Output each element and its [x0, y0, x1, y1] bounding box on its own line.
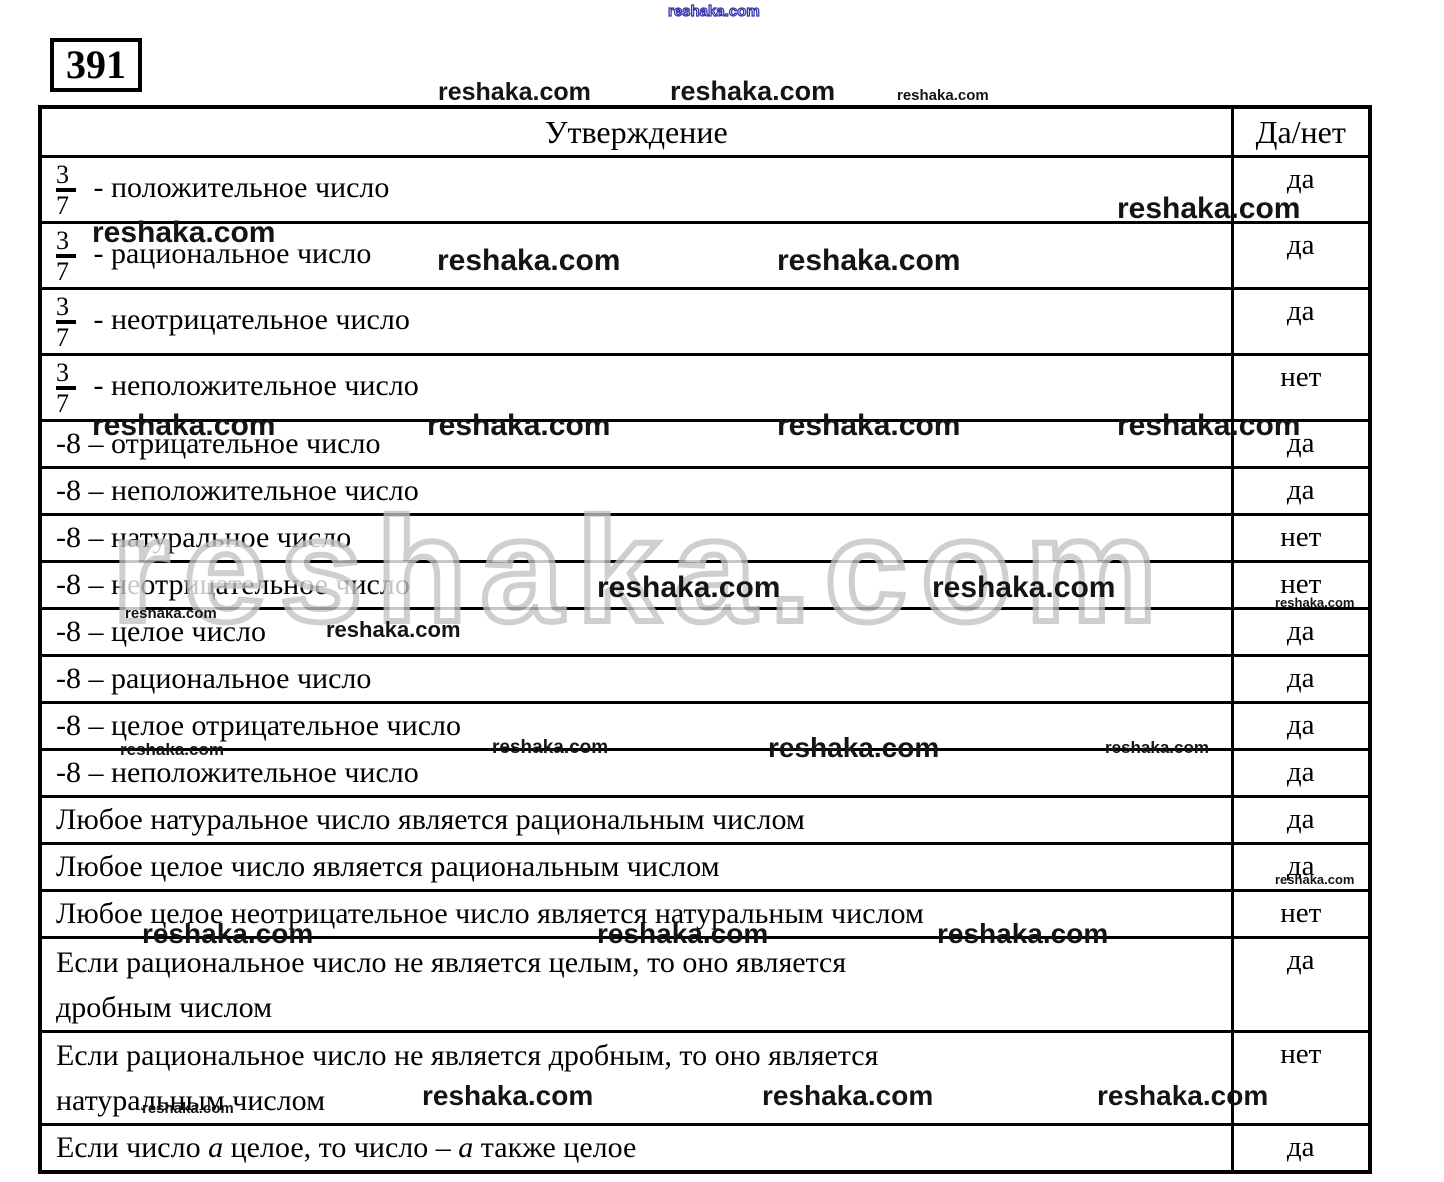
- answer-cell: да: [1232, 609, 1370, 656]
- answer-cell: нет: [1232, 515, 1370, 562]
- statement-cell: 37 - неположительное число: [40, 355, 1232, 421]
- statement-cell: -8 – отрицательное число: [40, 421, 1232, 468]
- answer-cell: да: [1232, 750, 1370, 797]
- statement-cell: 37 - неотрицательное число: [40, 289, 1232, 355]
- statement-cell: Если число a целое, то число – a также ц…: [40, 1125, 1232, 1173]
- table-row: -8 – неположительное число да: [40, 468, 1370, 515]
- table-row: Любое целое число является рациональным …: [40, 844, 1370, 891]
- answer-cell: нет: [1232, 891, 1370, 938]
- table-row: Любое целое неотрицательное число являет…: [40, 891, 1370, 938]
- statement-text: -8 – неположительное число: [56, 474, 419, 507]
- statement-text: - положительное число: [86, 170, 389, 203]
- table-row: -8 – отрицательное число да: [40, 421, 1370, 468]
- header-statement: Утверждение: [40, 107, 1232, 157]
- table-row: -8 – натуральное число нет: [40, 515, 1370, 562]
- statement-text: -8 – целое число: [56, 615, 266, 648]
- statement-cell: -8 – натуральное число: [40, 515, 1232, 562]
- statement-cell: Любое целое число является рациональным …: [40, 844, 1232, 891]
- textbook-page: 391 Утверждение Да/нет 37 - положительно…: [0, 0, 1444, 1182]
- table-row: -8 – целое число да: [40, 609, 1370, 656]
- answer-cell: нет: [1232, 1032, 1370, 1125]
- statement-cell: Любое натуральное число является рациона…: [40, 797, 1232, 844]
- watermark: reshaka.com: [668, 3, 760, 20]
- answer-cell: да: [1232, 844, 1370, 891]
- answer-cell: да: [1232, 797, 1370, 844]
- problem-number: 391: [50, 38, 142, 92]
- watermark: reshaka.com: [670, 76, 835, 107]
- answer-cell: да: [1232, 1125, 1370, 1173]
- statement-cell: 37 - рациональное число: [40, 223, 1232, 289]
- statement-text: дробным числом: [56, 991, 272, 1024]
- fraction: 37: [56, 228, 76, 284]
- table-row: -8 – целое отрицательное число да: [40, 703, 1370, 750]
- watermark: reshaka.com: [897, 87, 989, 104]
- statement-text: целое, то число –: [223, 1131, 458, 1164]
- fraction: 37: [56, 360, 76, 416]
- statement-cell: -8 – неположительное число: [40, 750, 1232, 797]
- watermark: reshaka.com: [438, 78, 591, 107]
- fraction: 37: [56, 294, 76, 350]
- table-row: 37 - неположительное число нет: [40, 355, 1370, 421]
- statement-text: -8 – рациональное число: [56, 662, 371, 695]
- statement-text: Любое целое число является рациональным …: [56, 850, 720, 883]
- table-row: -8 – неотрицательное число нет: [40, 562, 1370, 609]
- statement-cell: -8 – неотрицательное число: [40, 562, 1232, 609]
- table-row: Если рациональное число не является дроб…: [40, 1032, 1370, 1125]
- answer-cell: нет: [1232, 355, 1370, 421]
- answer-cell: нет: [1232, 562, 1370, 609]
- table-body: 37 - положительное число да 37 - рациона…: [40, 157, 1370, 1173]
- table-header-row: Утверждение Да/нет: [40, 107, 1370, 157]
- table-row: 37 - рациональное число да: [40, 223, 1370, 289]
- statement-cell: Если рациональное число не является дроб…: [40, 1032, 1232, 1125]
- statement-text: Если рациональное число не является дроб…: [56, 1039, 878, 1072]
- header-answer: Да/нет: [1232, 107, 1370, 157]
- statement-cell: 37 - положительное число: [40, 157, 1232, 223]
- statement-text: -8 – отрицательное число: [56, 427, 380, 460]
- statement-text: - неположительное число: [86, 368, 419, 401]
- statement-text: Любое целое неотрицательное число являет…: [56, 897, 924, 930]
- answer-cell: да: [1232, 421, 1370, 468]
- statement-text: -8 – целое отрицательное число: [56, 709, 461, 742]
- answer-cell: да: [1232, 468, 1370, 515]
- answer-cell: да: [1232, 289, 1370, 355]
- statement-text: также целое: [473, 1131, 636, 1164]
- statement-cell: -8 – неположительное число: [40, 468, 1232, 515]
- answer-cell: да: [1232, 223, 1370, 289]
- statement-text: -8 – неотрицательное число: [56, 568, 410, 601]
- answer-cell: да: [1232, 938, 1370, 1032]
- statement-text: -8 – натуральное число: [56, 521, 351, 554]
- table-row: Если рациональное число не является целы…: [40, 938, 1370, 1032]
- answer-cell: да: [1232, 157, 1370, 223]
- table-row: Любое натуральное число является рациона…: [40, 797, 1370, 844]
- statements-table: Утверждение Да/нет 37 - положительное чи…: [38, 105, 1372, 1174]
- statement-cell: -8 – целое отрицательное число: [40, 703, 1232, 750]
- statement-cell: Если рациональное число не является целы…: [40, 938, 1232, 1032]
- statement-text: - неотрицательное число: [86, 302, 410, 335]
- statement-cell: Любое целое неотрицательное число являет…: [40, 891, 1232, 938]
- statement-text: -8 – неположительное число: [56, 756, 419, 789]
- statement-cell: -8 – целое число: [40, 609, 1232, 656]
- fraction: 37: [56, 162, 76, 218]
- table-row: -8 – неположительное число да: [40, 750, 1370, 797]
- statement-text: Если число: [56, 1131, 208, 1164]
- answer-cell: да: [1232, 703, 1370, 750]
- table-row: Если число a целое, то число – a также ц…: [40, 1125, 1370, 1173]
- table-row: 37 - положительное число да: [40, 157, 1370, 223]
- answer-cell: да: [1232, 656, 1370, 703]
- statement-text: Любое натуральное число является рациона…: [56, 803, 805, 836]
- table-row: 37 - неотрицательное число да: [40, 289, 1370, 355]
- table-row: -8 – рациональное число да: [40, 656, 1370, 703]
- statement-cell: -8 – рациональное число: [40, 656, 1232, 703]
- statement-text: натуральным числом: [56, 1084, 325, 1117]
- variable: a: [458, 1131, 473, 1164]
- variable: a: [208, 1131, 223, 1164]
- statement-text: - рациональное число: [86, 236, 371, 269]
- statement-text: Если рациональное число не является целы…: [56, 946, 846, 979]
